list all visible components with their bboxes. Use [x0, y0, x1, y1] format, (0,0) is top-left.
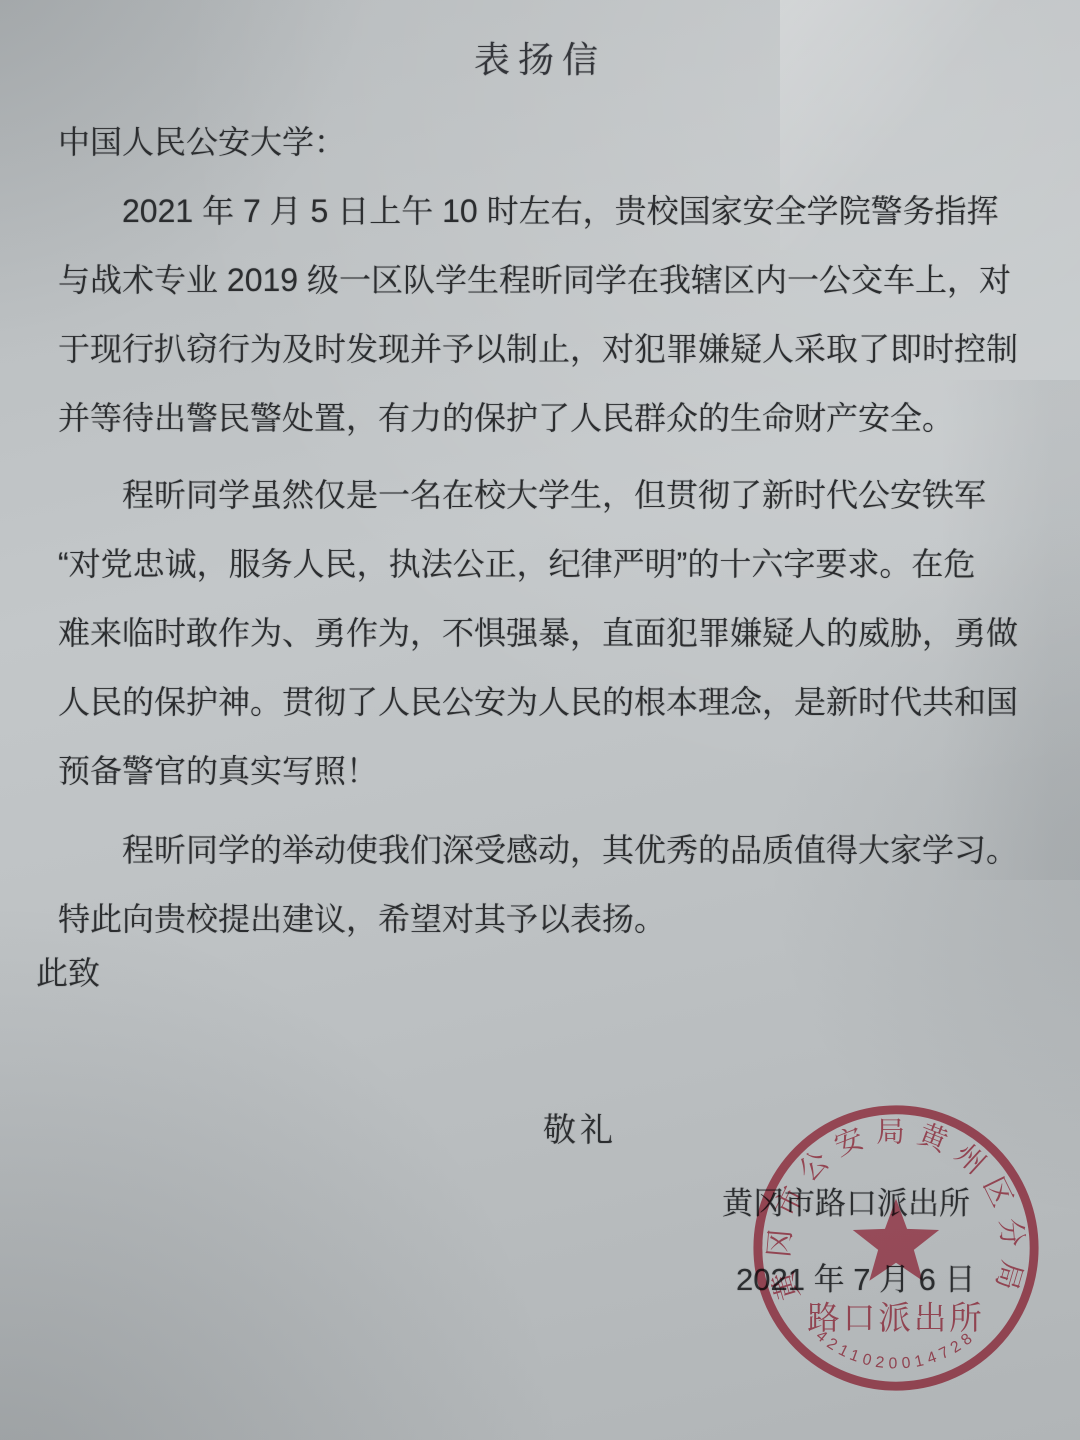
body-line: 程昕同学虽然仅是一名在校大学生，但贯彻了新时代公安铁军 [58, 461, 1022, 530]
letter-salutation: 中国人民公安大学： [58, 108, 1022, 177]
star-icon [853, 1199, 939, 1281]
body-line: 并等待出警民警处置，有力的保护了人民群众的生命财产安全。 [58, 384, 1022, 453]
body-line: 难来临时敢作为、勇作为，不惧强暴，直面犯罪嫌疑人的威胁，勇做 [58, 599, 1022, 668]
paragraph-2: 程昕同学虽然仅是一名在校大学生，但贯彻了新时代公安铁军 “对党忠诚，服务人民，执… [58, 461, 1022, 806]
body-line: 于现行扒窃行为及时发现并予以制止，对犯罪嫌疑人采取了即时控制 [58, 315, 1022, 384]
body-line: 特此向贵校提出建议，希望对其予以表扬。 [58, 885, 1022, 954]
closing-cizhi: 此致 [36, 948, 100, 994]
paragraph-1: 2021 年 7 月 5 日上午 10 时左右，贵校国家安全学院警务指挥 与战术… [58, 177, 1022, 453]
letter-title: 表扬信 [58, 36, 1022, 84]
body-line: 人民的保护神。贯彻了人民公安为人民的根本理念，是新时代共和国 [58, 668, 1022, 737]
closing-jingli: 敬礼 [543, 1104, 617, 1151]
body-line: “对党忠诚，服务人民，执法公正，纪律严明”的十六字要求。在危 [58, 530, 1022, 599]
official-seal: 黄冈市公安局黄州区分局 路口派出所 4211020014728 [748, 1100, 1044, 1396]
letter-page: 表扬信 中国人民公安大学： 2021 年 7 月 5 日上午 10 时左右，贵校… [0, 0, 1080, 1440]
seal-graphic: 黄冈市公安局黄州区分局 路口派出所 4211020014728 [748, 1100, 1044, 1396]
body-line: 与战术专业 2019 级一区队学生程昕同学在我辖区内一公交车上，对 [58, 246, 1022, 315]
seal-station-text: 路口派出所 [807, 1300, 985, 1336]
letter-body: 表扬信 中国人民公安大学： 2021 年 7 月 5 日上午 10 时左右，贵校… [0, 0, 1080, 954]
paragraph-3: 程昕同学的举动使我们深受感动，其优秀的品质值得大家学习。 特此向贵校提出建议，希… [58, 816, 1022, 954]
body-line: 预备警官的真实写照！ [58, 737, 1022, 806]
body-line: 程昕同学的举动使我们深受感动，其优秀的品质值得大家学习。 [58, 816, 1022, 885]
body-line: 2021 年 7 月 5 日上午 10 时左右，贵校国家安全学院警务指挥 [58, 177, 1022, 246]
